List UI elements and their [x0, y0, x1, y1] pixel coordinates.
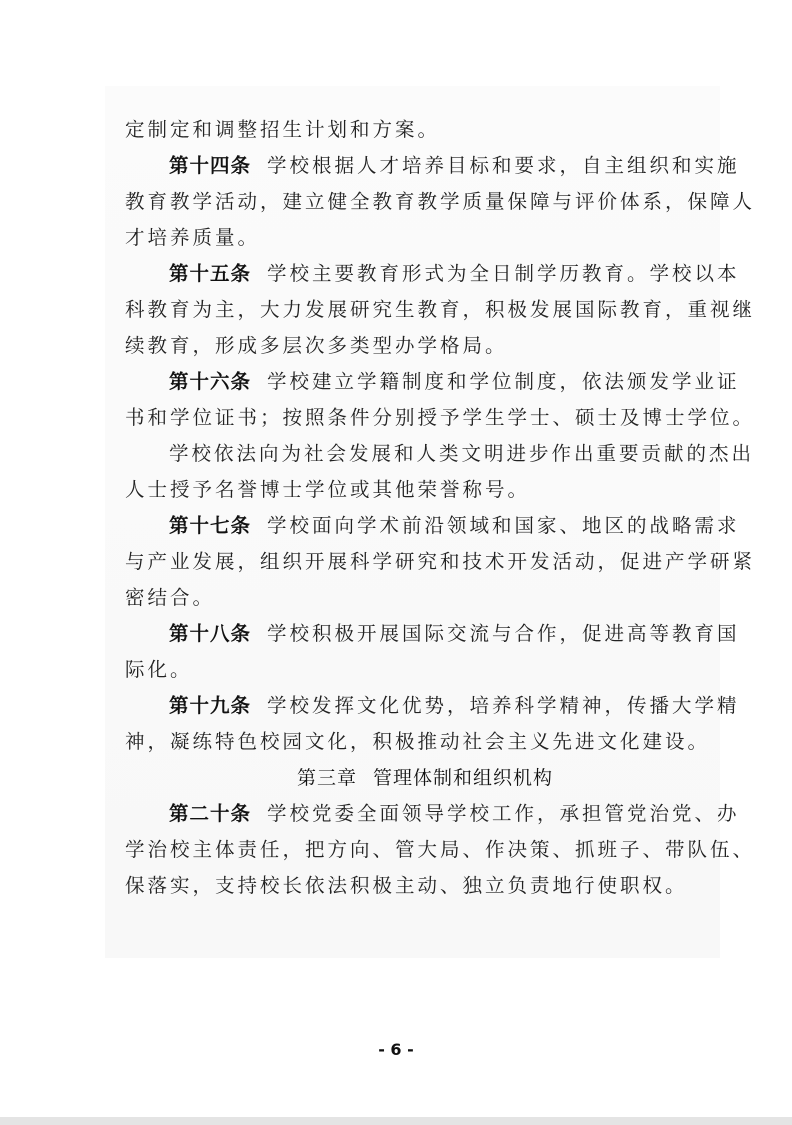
article-text: 学校面向学术前沿领域和国家、地区的战略需求 — [267, 514, 740, 537]
article-first-line: 第十七条学校面向学术前沿领域和国家、地区的战略需求 — [125, 508, 705, 544]
text-line: 与产业发展，组织开展科学研究和技术开发活动，促进产学研紧 — [125, 544, 705, 580]
viewer-bottom-edge — [0, 1117, 792, 1125]
text-line: 际化。 — [125, 652, 705, 688]
article-first-line: 第十九条学校发挥文化优势，培养科学精神，传播大学精 — [125, 688, 705, 724]
text-line: 保落实，支持校长依法积极主动、独立负责地行使职权。 — [125, 868, 705, 904]
text-line: 科教育为主，大力发展研究生教育，积极发展国际教育，重视继 — [125, 292, 705, 328]
article-label: 第二十条 — [169, 802, 251, 825]
article-label: 第十六条 — [169, 370, 251, 393]
text-line: 书和学位证书；按照条件分别授予学生学士、硕士及博士学位。 — [125, 400, 705, 436]
text-line: 学治校主体责任，把方向、管大局、作决策、抓班子、带队伍、 — [125, 832, 705, 868]
chapter-heading: 第三章管理体制和组织机构 — [125, 760, 705, 796]
article-first-line: 第十五条学校主要教育形式为全日制学历教育。学校以本 — [125, 256, 705, 292]
article-first-line: 第二十条学校党委全面领导学校工作，承担管党治党、办 — [125, 796, 705, 832]
article-label: 第十七条 — [169, 514, 251, 537]
page-number: - 6 - — [0, 1040, 792, 1059]
article-label: 第十九条 — [169, 694, 251, 717]
article-label: 第十八条 — [169, 622, 251, 645]
document-page: 定制定和调整招生计划和方案。第十四条学校根据人才培养目标和要求，自主组织和实施教… — [0, 0, 792, 1115]
document-body: 定制定和调整招生计划和方案。第十四条学校根据人才培养目标和要求，自主组织和实施教… — [125, 112, 705, 904]
chapter-label: 第三章 — [297, 767, 357, 789]
article-label: 第十四条 — [169, 154, 251, 177]
text-line: 定制定和调整招生计划和方案。 — [125, 112, 705, 148]
text-line: 神，凝练特色校园文化，积极推动社会主义先进文化建设。 — [125, 724, 705, 760]
text-line: 续教育，形成多层次多类型办学格局。 — [125, 328, 705, 364]
article-first-line: 第十四条学校根据人才培养目标和要求，自主组织和实施 — [125, 148, 705, 184]
article-text: 学校党委全面领导学校工作，承担管党治党、办 — [267, 802, 740, 825]
article-text: 学校主要教育形式为全日制学历教育。学校以本 — [267, 262, 740, 285]
article-first-line: 第十六条学校建立学籍制度和学位制度，依法颁发学业证 — [125, 364, 705, 400]
article-text: 学校积极开展国际交流与合作，促进高等教育国 — [267, 622, 740, 645]
text-line: 教育教学活动，建立健全教育教学质量保障与评价体系，保障人 — [125, 184, 705, 220]
article-text: 学校根据人才培养目标和要求，自主组织和实施 — [267, 154, 740, 177]
text-line: 人士授予名誉博士学位或其他荣誉称号。 — [125, 472, 705, 508]
article-label: 第十五条 — [169, 262, 251, 285]
article-text: 学校发挥文化优势，培养科学精神，传播大学精 — [267, 694, 740, 717]
text-line: 密结合。 — [125, 580, 705, 616]
chapter-title: 管理体制和组织机构 — [373, 767, 553, 789]
article-first-line: 第十八条学校积极开展国际交流与合作，促进高等教育国 — [125, 616, 705, 652]
paragraph-first-line: 学校依法向为社会发展和人类文明进步作出重要贡献的杰出 — [125, 436, 705, 472]
text-line: 才培养质量。 — [125, 220, 705, 256]
article-text: 学校建立学籍制度和学位制度，依法颁发学业证 — [267, 370, 740, 393]
